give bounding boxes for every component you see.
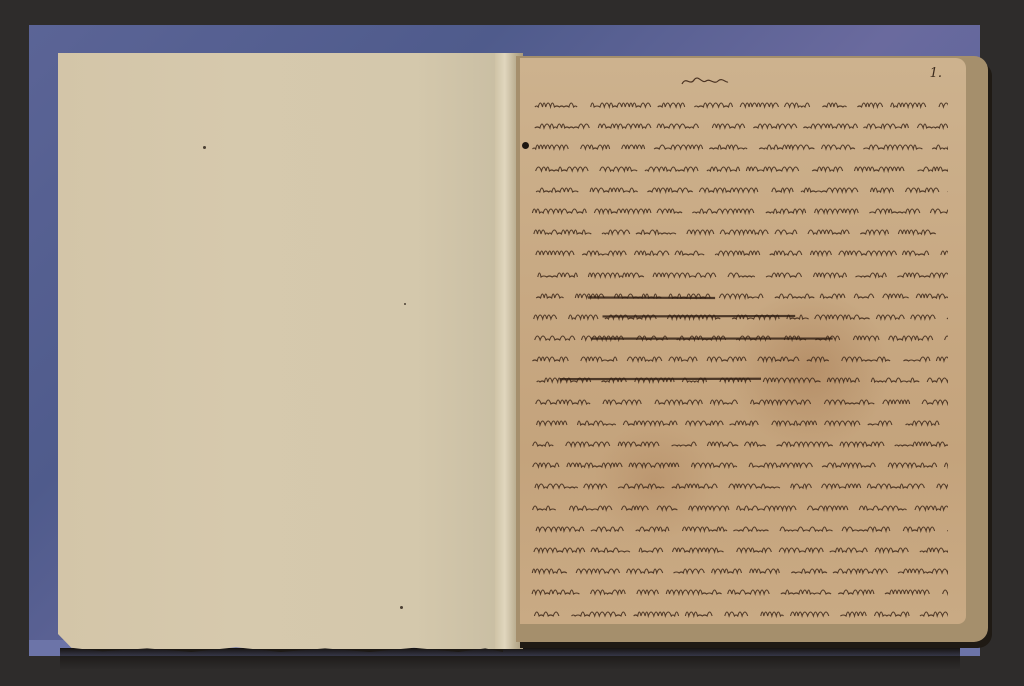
handwritten-line bbox=[528, 497, 958, 518]
handwritten-line bbox=[528, 285, 958, 306]
handwritten-line bbox=[528, 158, 958, 179]
handwritten-line bbox=[528, 94, 958, 115]
handwritten-line bbox=[528, 306, 958, 327]
paper-speck bbox=[400, 606, 403, 609]
paper-speck bbox=[404, 303, 406, 305]
handwritten-line bbox=[528, 221, 958, 242]
handwritten-line bbox=[528, 412, 958, 433]
handwritten-line bbox=[528, 454, 958, 475]
handwritten-line bbox=[528, 539, 958, 560]
handwritten-line bbox=[528, 327, 958, 348]
right-manuscript-page: 1. bbox=[520, 58, 966, 624]
handwritten-text-block bbox=[528, 94, 958, 624]
handwritten-line bbox=[528, 518, 958, 539]
handwritten-line bbox=[528, 136, 958, 157]
paper-speck bbox=[203, 146, 206, 149]
handwritten-line bbox=[528, 179, 958, 200]
handwritten-line bbox=[528, 391, 958, 412]
handwritten-line bbox=[528, 348, 958, 369]
handwritten-line bbox=[528, 581, 958, 602]
ink-dot bbox=[522, 142, 529, 149]
handwritten-line bbox=[528, 433, 958, 454]
handwritten-line bbox=[528, 264, 958, 285]
handwritten-line bbox=[528, 200, 958, 221]
handwritten-line bbox=[528, 369, 958, 390]
handwritten-line bbox=[528, 560, 958, 581]
handwritten-line bbox=[528, 115, 958, 136]
handwritten-heading bbox=[680, 74, 730, 88]
page-number: 1. bbox=[930, 66, 942, 81]
left-blank-page bbox=[58, 53, 503, 652]
handwritten-line bbox=[528, 603, 958, 624]
handwritten-line bbox=[528, 242, 958, 263]
handwritten-line bbox=[528, 475, 958, 496]
